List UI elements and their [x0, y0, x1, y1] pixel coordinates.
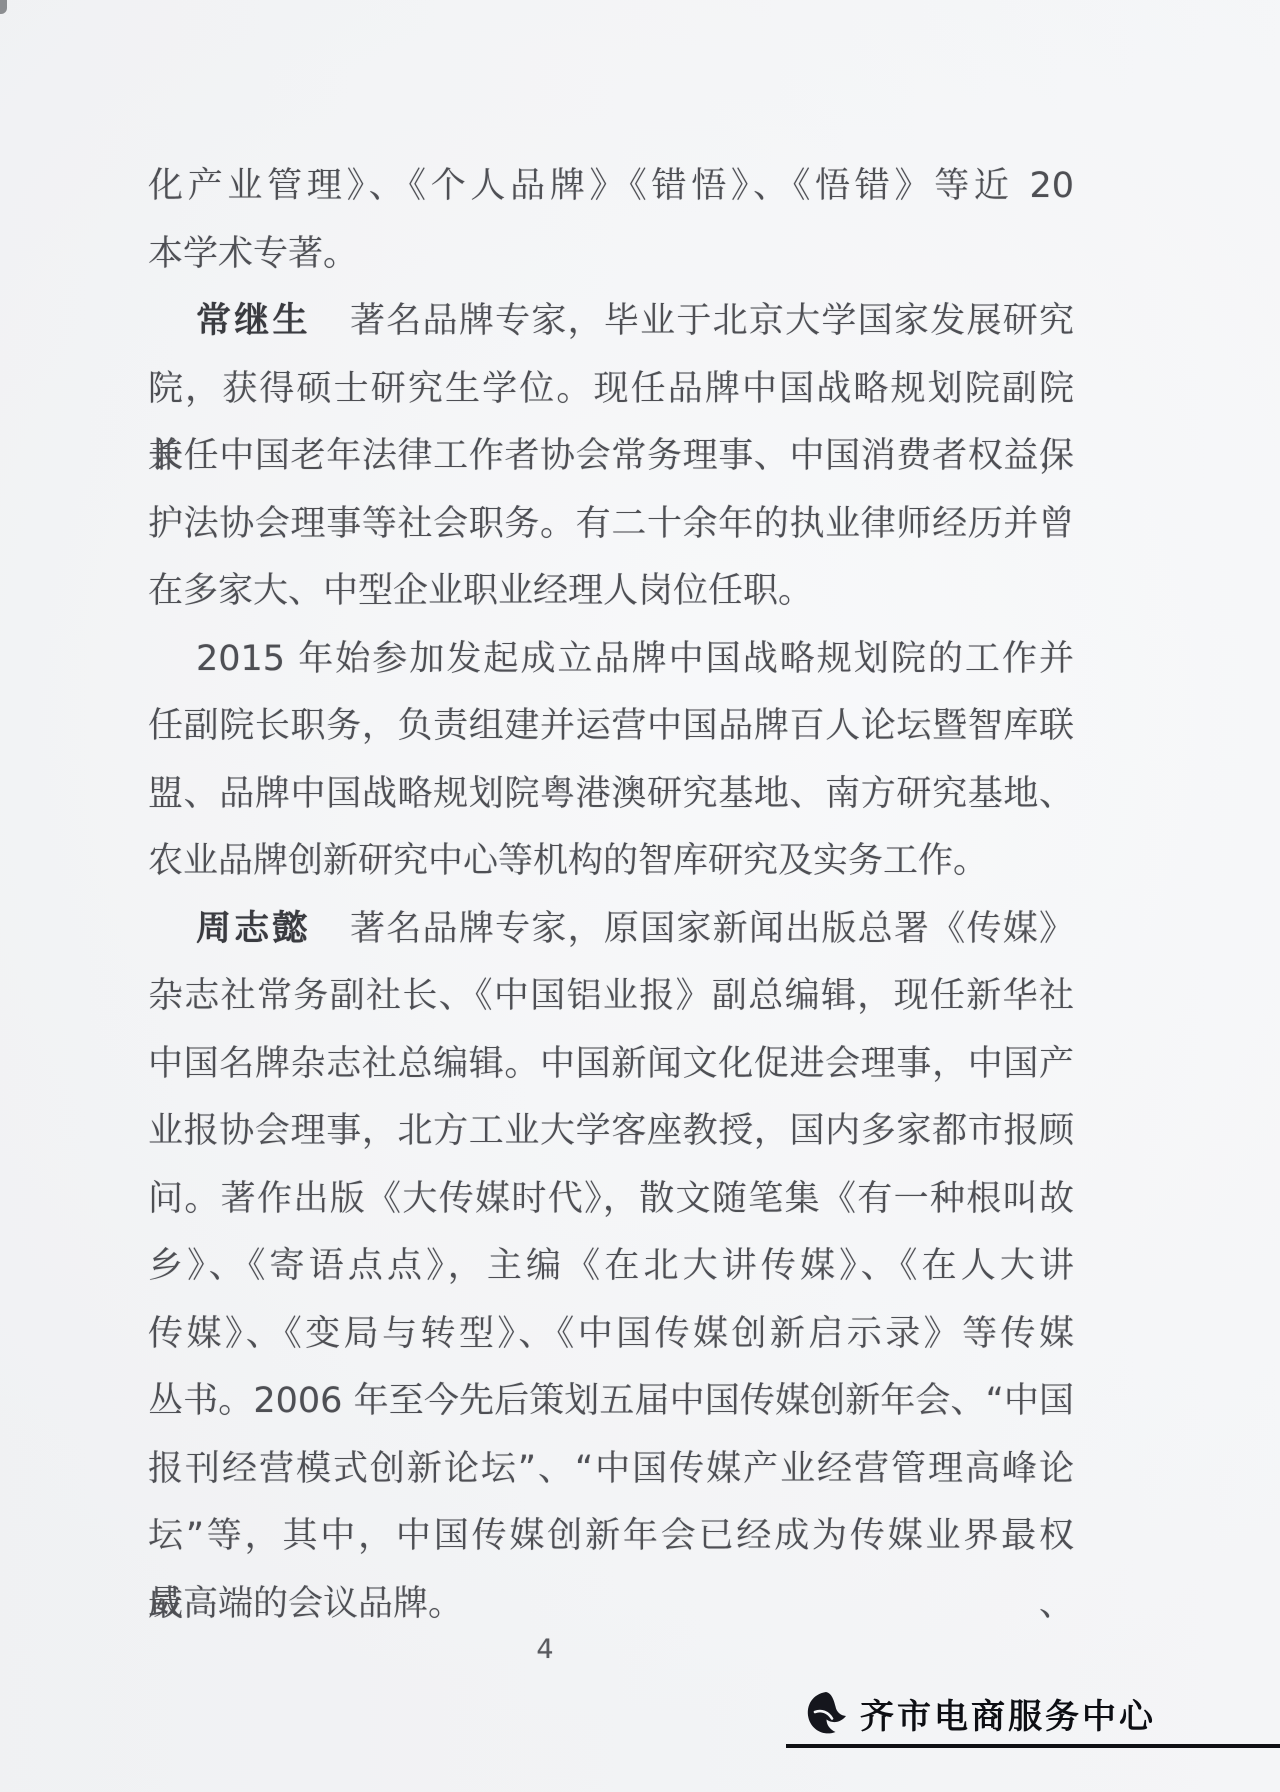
line-text: 问。著作出版《大传媒时代》，散文随笔集《有一种根叫故: [148, 1179, 1074, 1219]
text-line: 农业品牌创新研究中心等机构的智库研究及实务工作。: [148, 828, 1074, 896]
text-line: 丛书。2006 年至今先后策划五届中国传媒创新年会、“中国: [148, 1368, 1074, 1436]
text-line: 兼任中国老年法律工作者协会常务理事、中国消费者权益保: [148, 423, 1074, 491]
line-text: 中国名牌杂志社总编辑。中国新闻文化促进会理事，中国产: [148, 1044, 1074, 1084]
text-line: 乡》、《寄语点点》，主编《在北大讲传媒》、《在人大讲: [148, 1233, 1074, 1301]
text-line: 常继生著名品牌专家，毕业于北京大学国家发展研究: [148, 288, 1074, 356]
text-line: 业报协会理事，北方工业大学客座教授，国内多家都市报顾: [148, 1098, 1074, 1166]
watermark-divider: [786, 1744, 1280, 1748]
text-line: 本学术专著。: [148, 221, 1074, 289]
line-text: 2015 年始参加发起成立品牌中国战略规划院的工作并: [196, 639, 1074, 679]
line-text: 业报协会理事，北方工业大学客座教授，国内多家都市报顾: [148, 1111, 1074, 1151]
line-text: 著名品牌专家，毕业于北京大学国家发展研究: [349, 301, 1074, 341]
line-text: 盟、品牌中国战略规划院粤港澳研究基地、南方研究基地、: [148, 774, 1074, 814]
line-text: 报刊经营模式创新论坛”、“中国传媒产业经营管理高峰论: [148, 1449, 1074, 1489]
text-line: 护法协会理事等社会职务。有二十余年的执业律师经历并曾: [148, 491, 1074, 559]
text-line: 坛”等，其中，中国传媒创新年会已经成为传媒业界最权威、: [148, 1503, 1074, 1571]
text-line: 院，获得硕士研究生学位。现任品牌中国战略规划院副院长，: [148, 356, 1074, 424]
line-text: 杂志社常务副社长、《中国铝业报》副总编辑，现任新华社: [148, 976, 1074, 1016]
line-text: 农业品牌创新研究中心等机构的智库研究及实务工作。: [148, 841, 988, 881]
line-text: 任副院长职务，负责组建并运营中国品牌百人论坛暨智库联: [148, 706, 1074, 746]
line-text: 丛书。2006 年至今先后策划五届中国传媒创新年会、“中国: [148, 1381, 1074, 1421]
line-text: 本学术专著。: [148, 234, 358, 274]
line-text: 著名品牌专家，原国家新闻出版总署《传媒》: [349, 909, 1074, 949]
text-line: 盟、品牌中国战略规划院粤港澳研究基地、南方研究基地、: [148, 761, 1074, 829]
text-line: 报刊经营模式创新论坛”、“中国传媒产业经营管理高峰论: [148, 1436, 1074, 1504]
line-text: 化产业管理》、《个人品牌》《错悟》、《悟错》等近 20: [148, 166, 1074, 206]
document-page: 化产业管理》、《个人品牌》《错悟》、《悟错》等近 20本学术专著。常继生著名品牌…: [0, 0, 1280, 1792]
document-lines: 化产业管理》、《个人品牌》《错悟》、《悟错》等近 20本学术专著。常继生著名品牌…: [148, 153, 1074, 1638]
text-line: 问。著作出版《大传媒时代》，散文随笔集《有一种根叫故: [148, 1166, 1074, 1234]
text-line: 化产业管理》、《个人品牌》《错悟》、《悟错》等近 20: [148, 153, 1074, 221]
line-text: 护法协会理事等社会职务。有二十余年的执业律师经历并曾: [148, 504, 1074, 544]
text-line: 传媒》、《变局与转型》、《中国传媒创新启示录》等传媒: [148, 1301, 1074, 1369]
line-text: 最高端的会议品牌。: [148, 1584, 463, 1624]
watermark: 齐市电商服务中心: [802, 1686, 1156, 1740]
text-line: 任副院长职务，负责组建并运营中国品牌百人论坛暨智库联: [148, 693, 1074, 761]
scan-corner-artifact: [0, 0, 7, 14]
line-text: 兼任中国老年法律工作者协会常务理事、中国消费者权益保: [148, 436, 1074, 476]
text-line: 杂志社常务副社长、《中国铝业报》副总编辑，现任新华社: [148, 963, 1074, 1031]
watermark-label: 齐市电商服务中心: [860, 1689, 1156, 1738]
text-line: 中国名牌杂志社总编辑。中国新闻文化促进会理事，中国产: [148, 1031, 1074, 1099]
line-text: 在多家大、中型企业职业经理人岗位任职。: [148, 571, 813, 611]
text-line: 周志懿著名品牌专家，原国家新闻出版总署《传媒》: [148, 896, 1074, 964]
person-name: 常继生: [196, 301, 311, 341]
ecommerce-center-logo-icon: [802, 1689, 850, 1737]
line-text: 传媒》、《变局与转型》、《中国传媒创新启示录》等传媒: [148, 1314, 1074, 1354]
text-line: 2015 年始参加发起成立品牌中国战略规划院的工作并: [148, 626, 1074, 694]
page-number: 4: [500, 1634, 590, 1665]
person-name: 周志懿: [196, 909, 311, 949]
line-text: 乡》、《寄语点点》，主编《在北大讲传媒》、《在人大讲: [148, 1246, 1074, 1286]
text-line: 在多家大、中型企业职业经理人岗位任职。: [148, 558, 1074, 626]
